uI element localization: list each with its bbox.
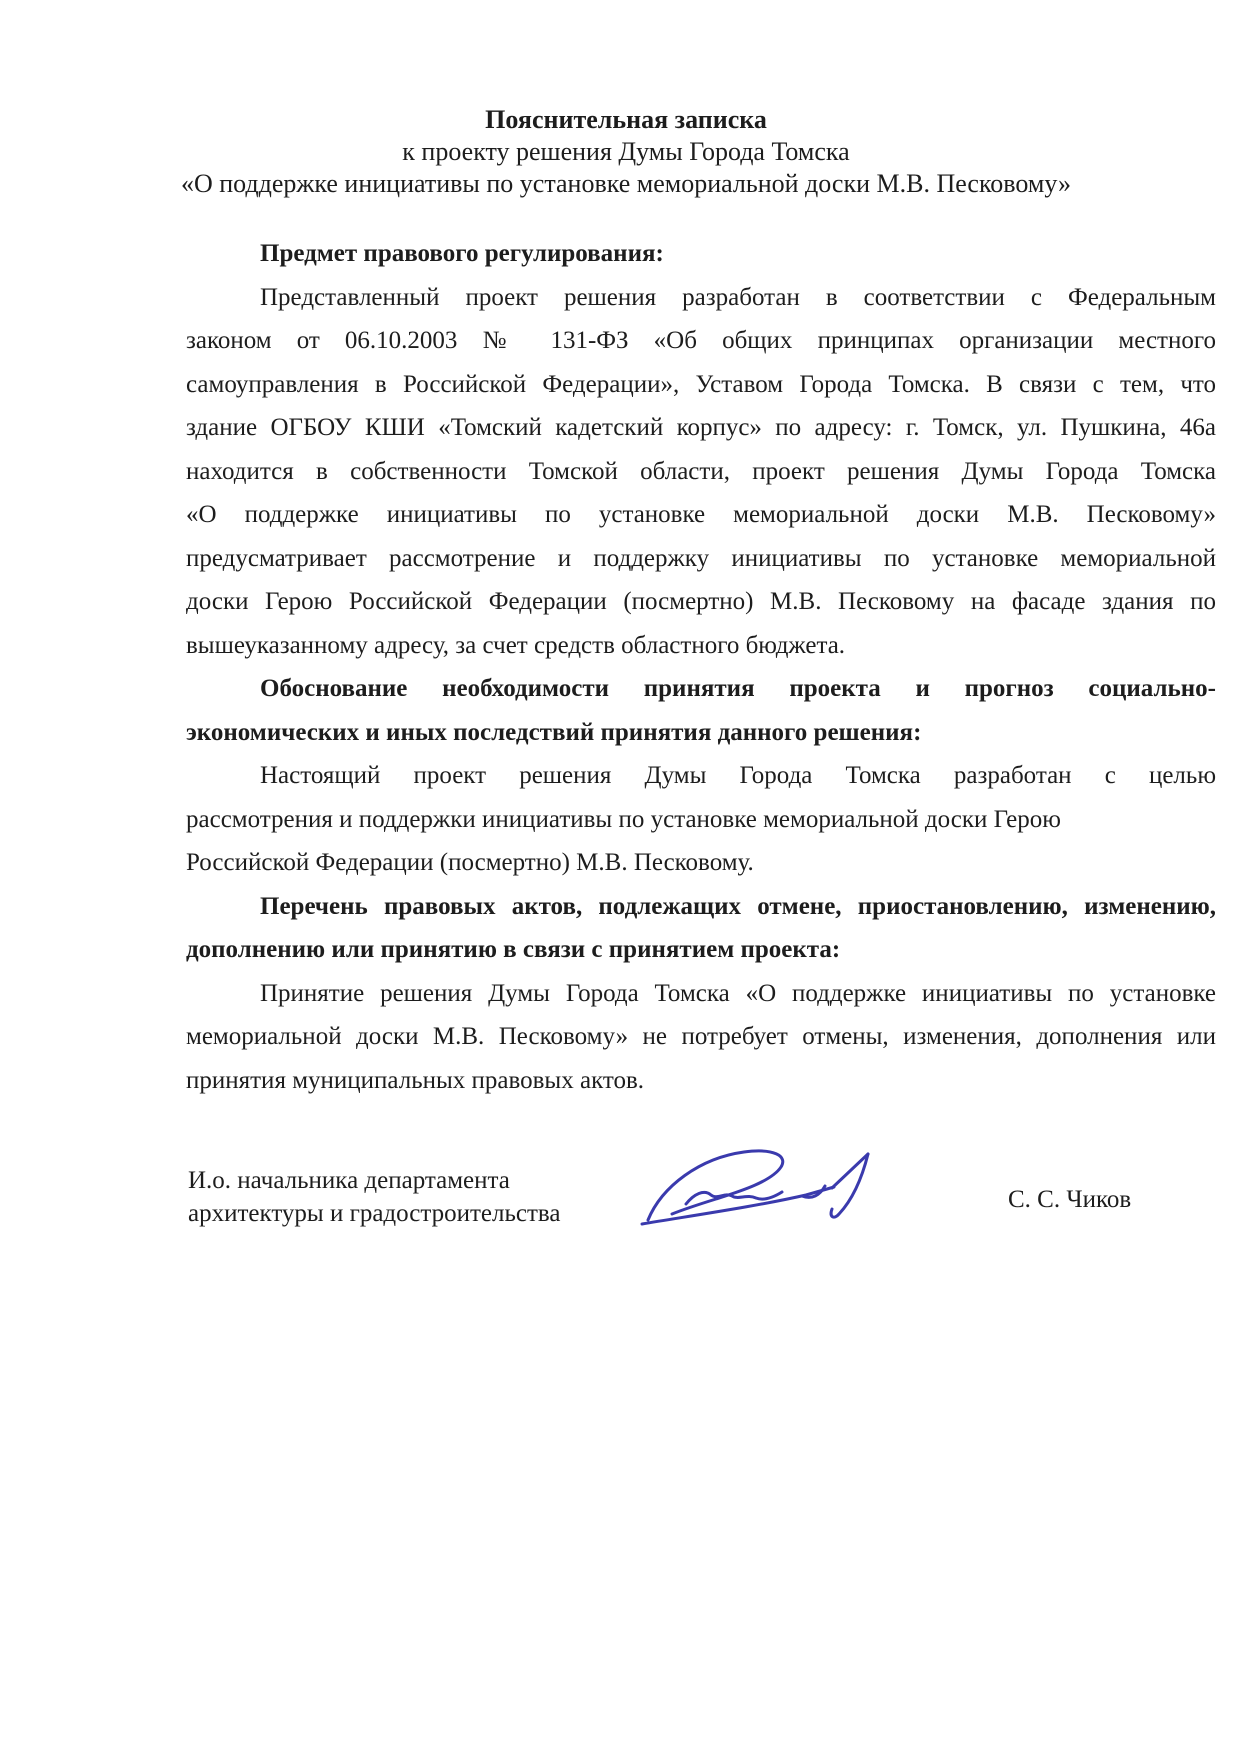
text-line: рассмотрения и поддержки инициативы по у… [186,798,1216,842]
text-line: принятия муниципальных правовых актов. [186,1059,1216,1103]
text-line: предусматривает рассмотрение и поддержку… [186,537,1216,581]
text-line: Обоснование необходимости принятия проек… [186,667,1216,711]
text-line: здание ОГБОУ КШИ «Томский кадетский корп… [186,406,1216,450]
paragraph-subject: Представленный проект решения разработан… [186,276,1216,668]
text-line: Предмет правового регулирования: [186,232,1216,276]
text-line: вышеуказанному адресу, за счет средств о… [186,624,1216,668]
signatory-name: С. С. Чиков [1008,1186,1131,1214]
scanned-document-page: Пояснительная запискак проекту решения Д… [0,0,1240,1753]
signatory-position-line: архитектуры и градостроительства [188,1197,560,1230]
text-line: Настоящий проект решения Думы Города Том… [186,754,1216,798]
text-line: находится в собственности Томской област… [186,450,1216,494]
text-line: мемориальной доски М.В. Песковому» не по… [186,1015,1216,1059]
document-title: Пояснительная запискак проекту решения Д… [20,104,1232,200]
text-line: «О поддержке инициативы по установке мем… [186,493,1216,537]
text-line: Принятие решения Думы Города Томска «О п… [186,972,1216,1016]
text-line: Перечень правовых актов, подлежащих отме… [186,885,1216,929]
text-line: Российской Федерации (посмертно) М.В. Пе… [186,841,1216,885]
text-line: законом от 06.10.2003 № 131-ФЗ «Об общих… [186,319,1216,363]
title-line: «О поддержке инициативы по установке мем… [20,168,1232,200]
text-line: экономических и иных последствий приняти… [186,711,1216,755]
section-heading-justification: Обоснование необходимости принятия проек… [186,667,1216,754]
document-body: Предмет правового регулирования:Представ… [186,232,1216,1102]
signatory-position: И.о. начальника департамента архитектуры… [188,1164,560,1230]
section-heading-acts-list: Перечень правовых актов, подлежащих отме… [186,885,1216,972]
title-line: к проекту решения Думы Города Томска [20,136,1232,168]
text-line: доски Герою Российской Федерации (посмер… [186,580,1216,624]
text-line: Представленный проект решения разработан… [186,276,1216,320]
signature-block: И.о. начальника департамента архитектуры… [186,1160,1216,1270]
paragraph-acts-list: Принятие решения Думы Города Томска «О п… [186,972,1216,1103]
text-line: дополнению или принятию в связи с принят… [186,928,1216,972]
paragraph-justification: Настоящий проект решения Думы Города Том… [186,754,1216,885]
section-heading-subject: Предмет правового регулирования: [186,232,1216,276]
title-line: Пояснительная записка [20,104,1232,136]
text-line: самоуправления в Российской Федерации», … [186,363,1216,407]
handwritten-signature-icon [634,1142,894,1242]
signatory-position-line: И.о. начальника департамента [188,1164,560,1197]
